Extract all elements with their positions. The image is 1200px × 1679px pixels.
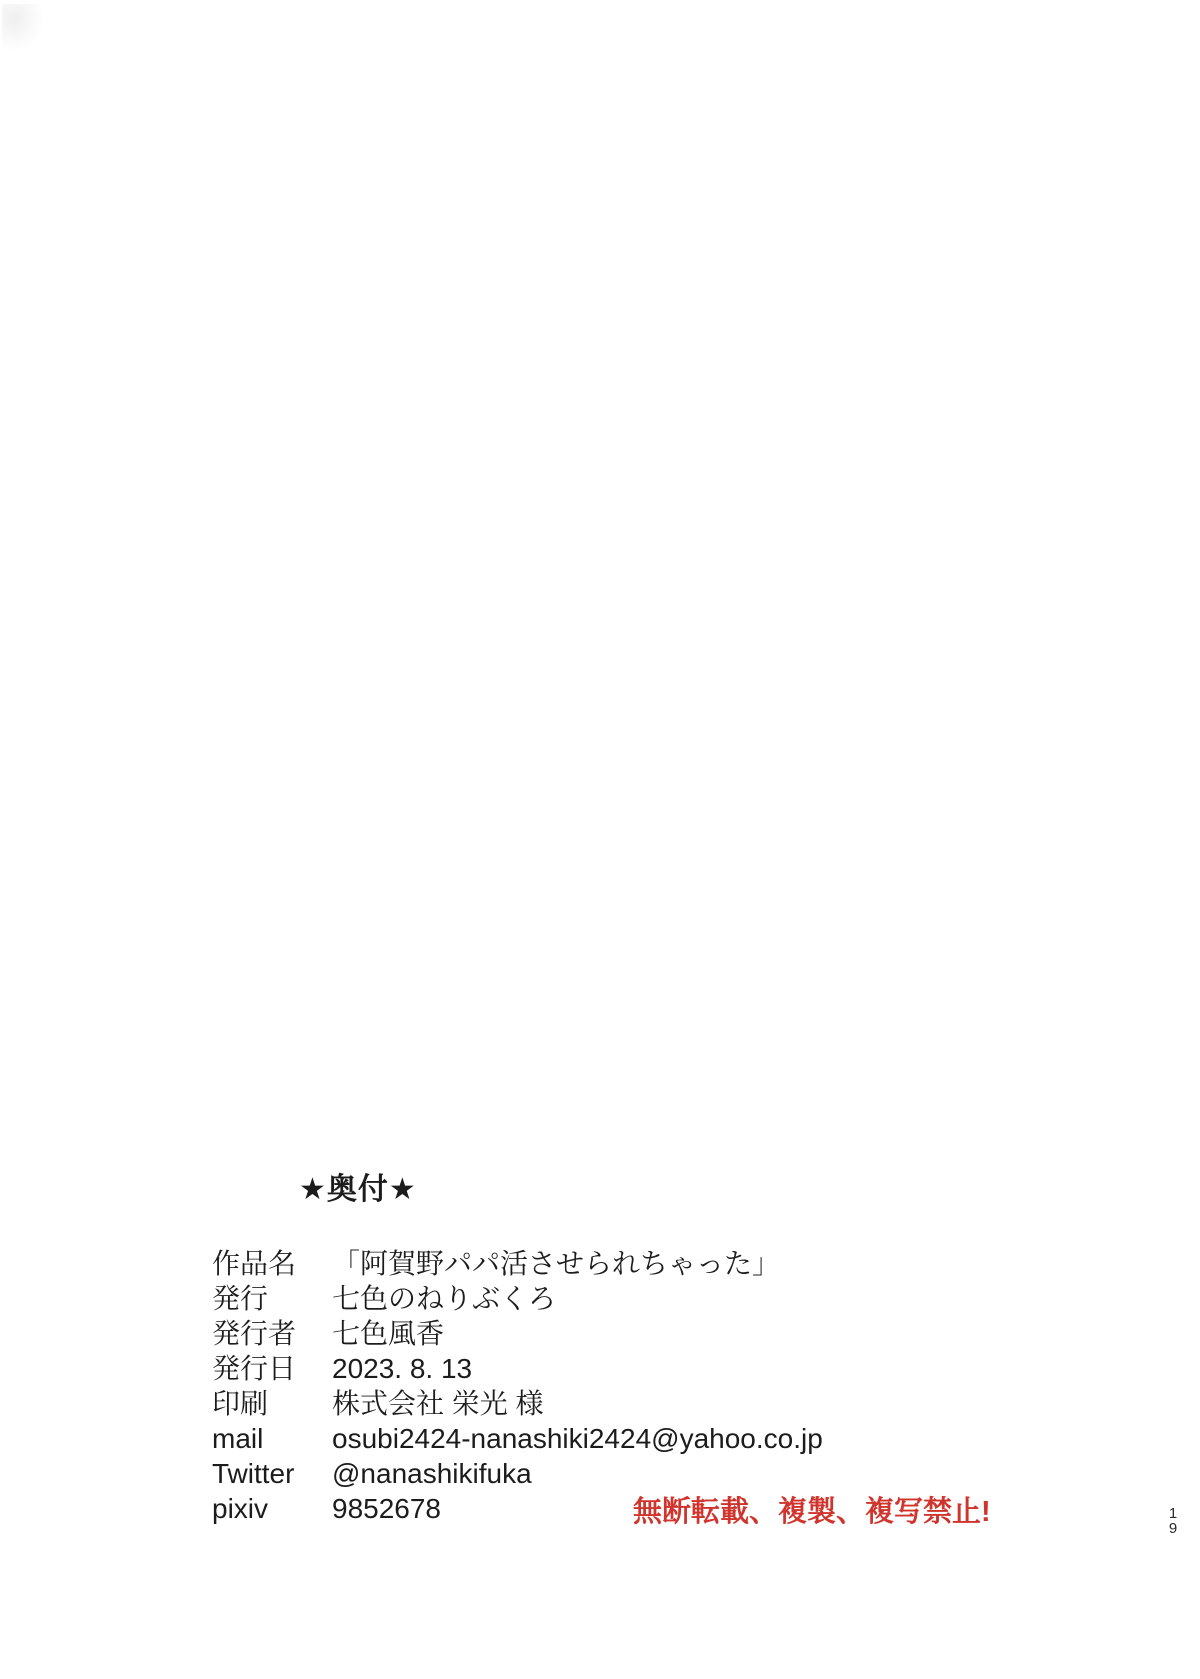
colophon-row-author: 発行者 七色風香 bbox=[212, 1316, 823, 1351]
row-label: mail bbox=[212, 1421, 332, 1456]
page-number-digit: 9 bbox=[1164, 1521, 1182, 1536]
row-label: 作品名 bbox=[212, 1246, 332, 1281]
colophon-header: ★奥付★ bbox=[299, 1174, 417, 1206]
row-value: 「阿賀野パパ活させられちゃった」 bbox=[332, 1246, 823, 1281]
row-label: 発行 bbox=[212, 1281, 332, 1316]
row-value: 七色風香 bbox=[332, 1316, 823, 1351]
row-value: 2023. 8. 13 bbox=[332, 1351, 823, 1386]
colophon-row-title: 作品名 「阿賀野パパ活させられちゃった」 bbox=[212, 1246, 823, 1281]
colophon-row-mail: mail osubi2424-nanashiki2424@yahoo.co.jp bbox=[212, 1421, 823, 1456]
copyright-notice: 無断転載、複製、複写禁止! bbox=[633, 1492, 991, 1532]
row-label: pixiv bbox=[212, 1491, 332, 1526]
colophon-table: 作品名 「阿賀野パパ活させられちゃった」 発行 七色のねりぶくろ 発行者 七色風… bbox=[212, 1246, 823, 1526]
row-value: @nanashikifuka bbox=[332, 1456, 823, 1491]
colophon-row-publisher: 発行 七色のねりぶくろ bbox=[212, 1281, 823, 1316]
row-label: 発行日 bbox=[212, 1351, 332, 1386]
row-value: 株式会社 栄光 様 bbox=[332, 1386, 823, 1421]
row-value: osubi2424-nanashiki2424@yahoo.co.jp bbox=[332, 1421, 823, 1456]
colophon-row-twitter: Twitter @nanashikifuka bbox=[212, 1456, 823, 1491]
row-label: 印刷 bbox=[212, 1386, 332, 1421]
colophon-row-printer: 印刷 株式会社 栄光 様 bbox=[212, 1386, 823, 1421]
row-label: Twitter bbox=[212, 1456, 332, 1491]
page-number: 1 9 bbox=[1164, 1506, 1182, 1536]
row-label: 発行者 bbox=[212, 1316, 332, 1351]
scan-artifact bbox=[2, 4, 44, 52]
colophon-page: ★奥付★ 作品名 「阿賀野パパ活させられちゃった」 発行 七色のねりぶくろ 発行… bbox=[0, 0, 1200, 1679]
page-number-digit: 1 bbox=[1164, 1506, 1182, 1521]
colophon-row-date: 発行日 2023. 8. 13 bbox=[212, 1351, 823, 1386]
row-value: 七色のねりぶくろ bbox=[332, 1281, 823, 1316]
